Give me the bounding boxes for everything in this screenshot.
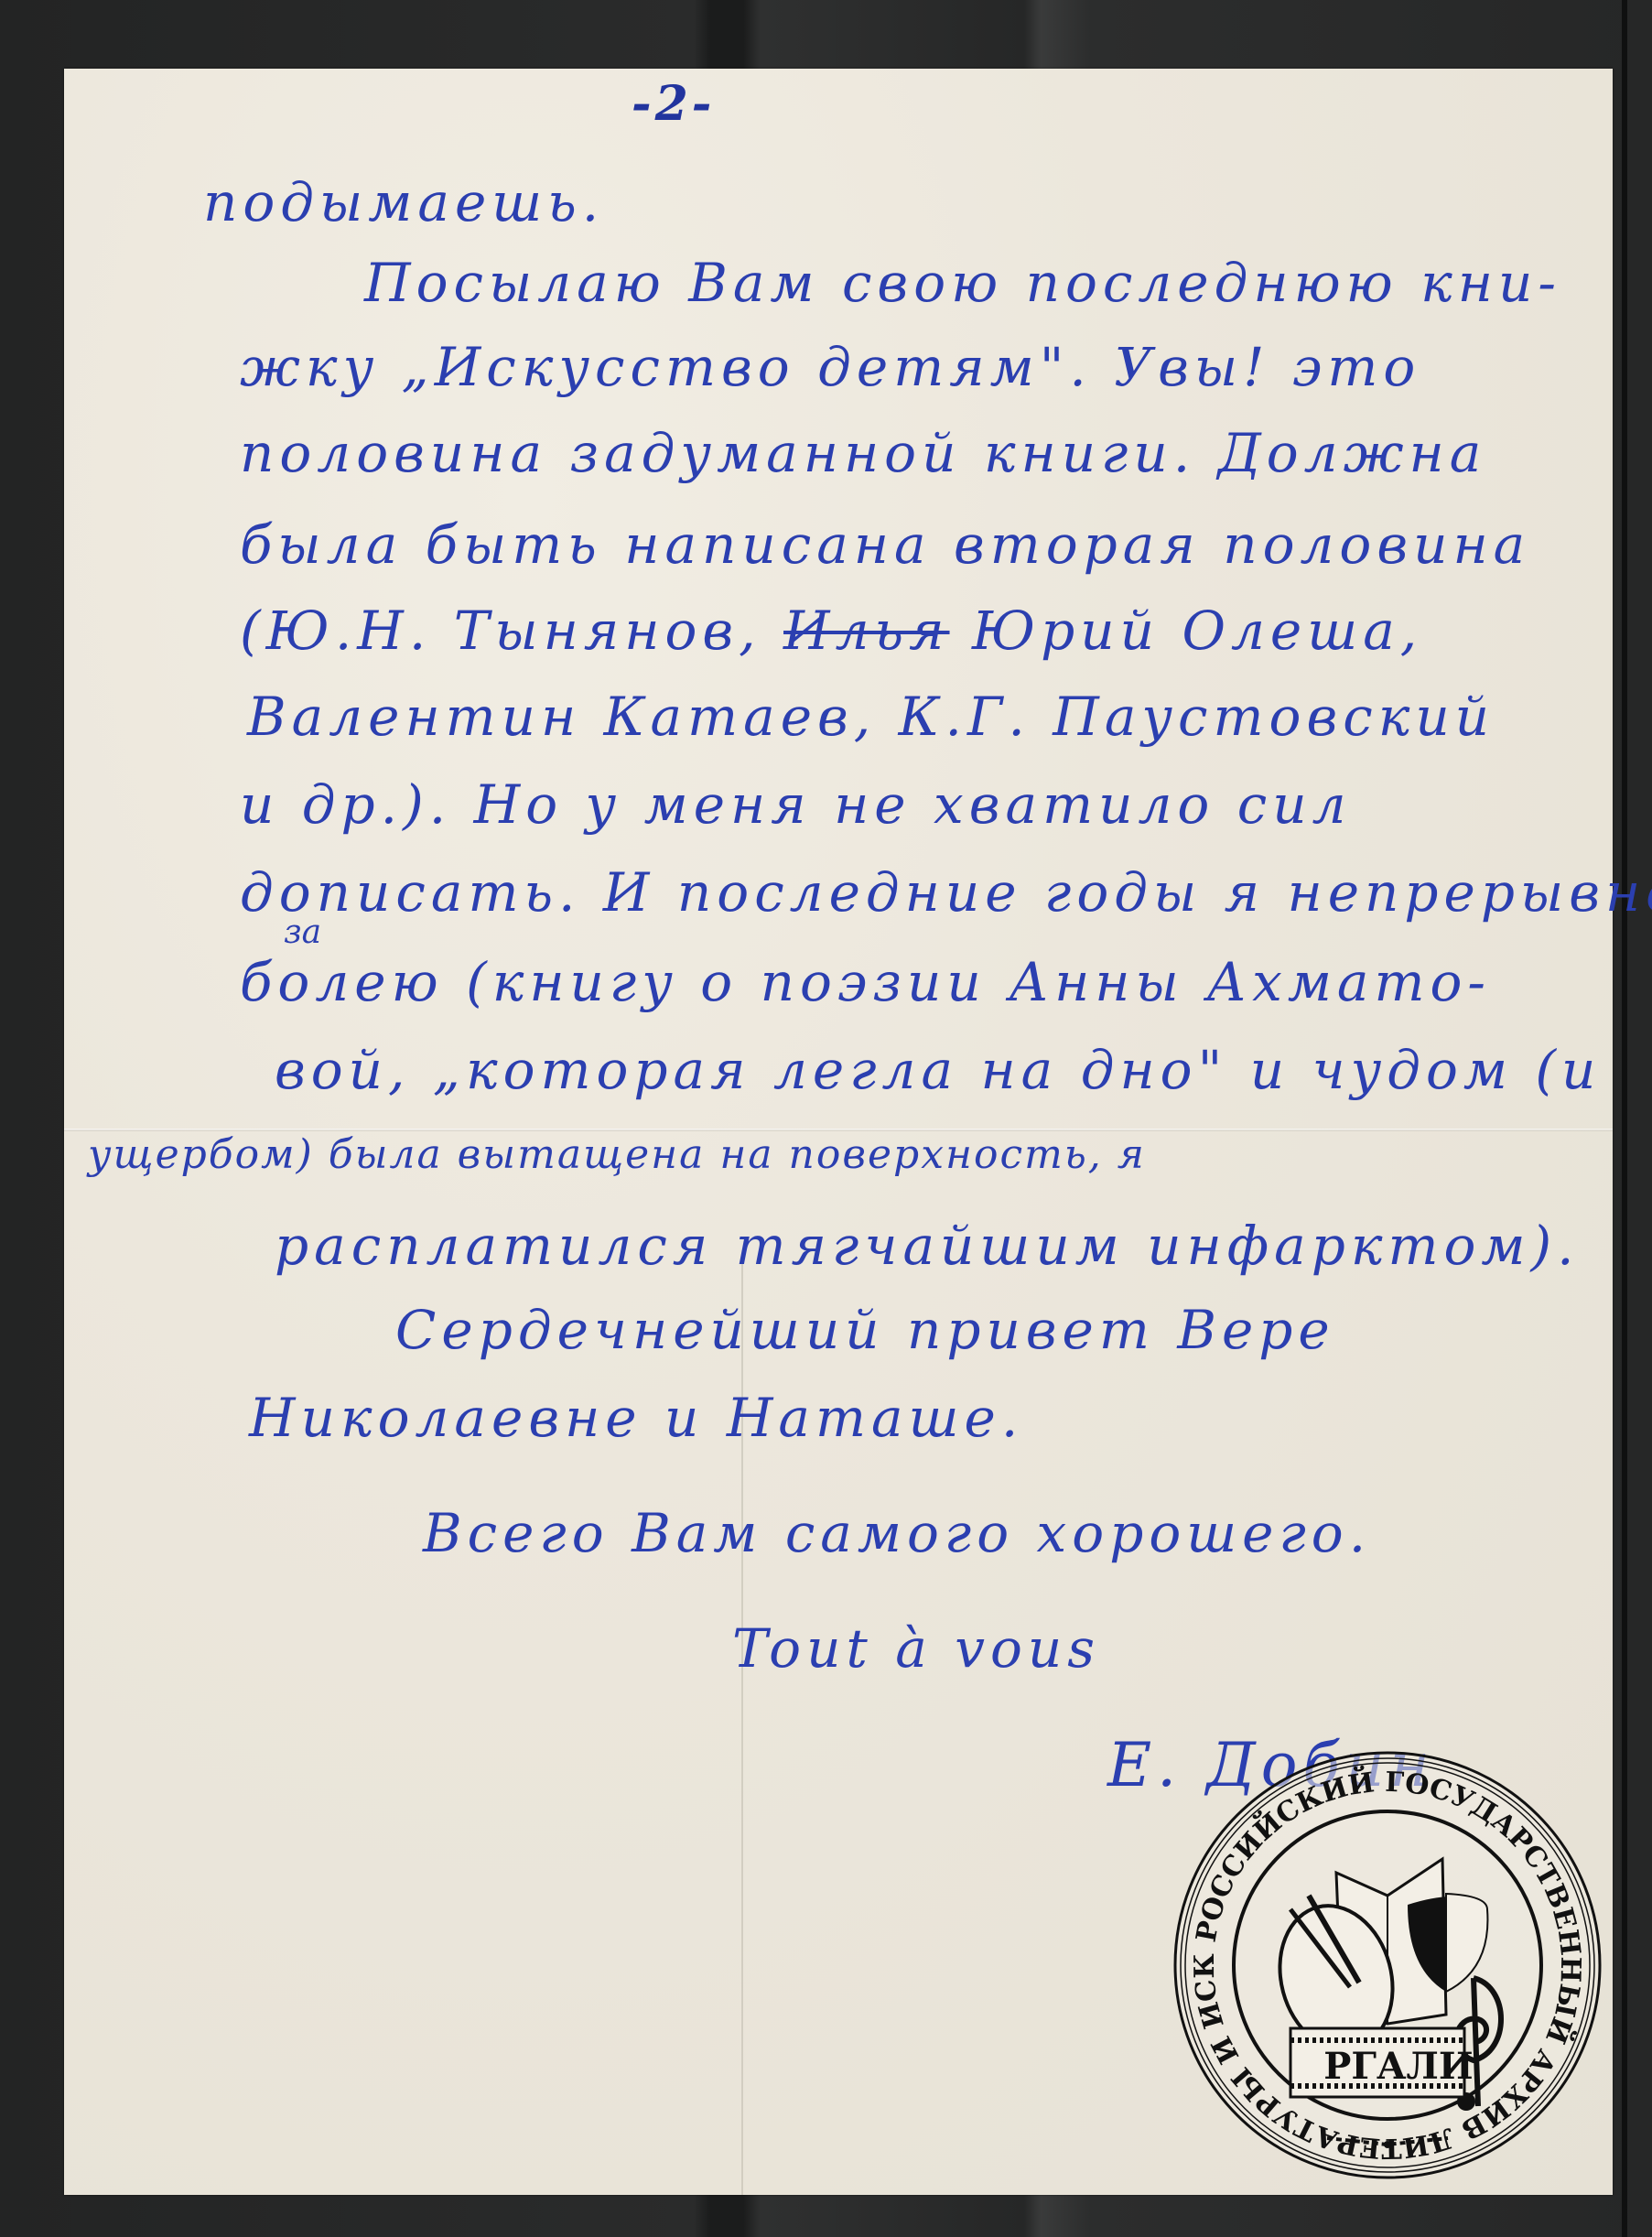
greeting-line-2: Николаевне и Наташе. [249, 1391, 1023, 1444]
letter-line-9: дописать. И последние годы я непрерывно [240, 866, 1652, 919]
letter-line-12: ущербом) была вытащена на поверхность, я [88, 1135, 1146, 1175]
archive-stamp: РОССИЙСКИЙ ГОСУДАРСТВЕННЫЙ АРХИВ ЛИТЕРАТ… [1172, 1749, 1603, 2181]
letter-line-6-start: (Ю.Н. Тынянов, [240, 600, 761, 662]
letter-line-3: жку „Искусство детям". Увы! это [240, 340, 1420, 394]
letter-line-11: вой, „которая легла на дно" и чудом (и [275, 1043, 1601, 1097]
letter-line-2: Посылаю Вам свою последнюю кни- [364, 256, 1561, 309]
wish-line: Всего Вам самого хорошего. [423, 1507, 1371, 1560]
greeting-line-1: Сердечнейший привет Вере [395, 1303, 1335, 1356]
letter-line-6-end: Юрий Олеша, [972, 600, 1422, 662]
insertion-above-line: за [284, 913, 321, 951]
rgali-seal-icon: РОССИЙСКИЙ ГОСУДАРСТВЕННЫЙ АРХИВ ЛИТЕРАТ… [1172, 1749, 1603, 2181]
struck-out-word: Илья [783, 600, 950, 662]
letter-line-7: Валентин Катаев, К.Г. Паустовский [247, 690, 1495, 743]
letter-line-10-start: болею ( [240, 951, 492, 1013]
letter-line-10: болею (книгу о поэзии Анны Ахмато- [240, 956, 1491, 1009]
letter-line-10-end: книгу о поэзии Анны Ахмато- [492, 951, 1491, 1013]
letter-line-13: расплатился тягчайшим инфарктом). [275, 1219, 1580, 1272]
page-number: -2- [632, 81, 715, 128]
closing-phrase: Tout à vous [732, 1622, 1100, 1675]
letter-line-8: и др.). Но у меня не хватило сил [240, 778, 1352, 831]
letter-line-1: подымаешь. [203, 176, 604, 229]
letter-line-6: (Ю.Н. Тынянов, Илья Юрий Олеша, [240, 604, 1422, 657]
svg-text:РГАЛИ: РГАЛИ [1323, 2045, 1473, 2088]
letter-line-5: была быть написана вторая половина [240, 518, 1530, 571]
letter-line-4: половина задуманной книги. Должна [240, 427, 1486, 480]
scanner-edge-strip [1622, 0, 1627, 2237]
